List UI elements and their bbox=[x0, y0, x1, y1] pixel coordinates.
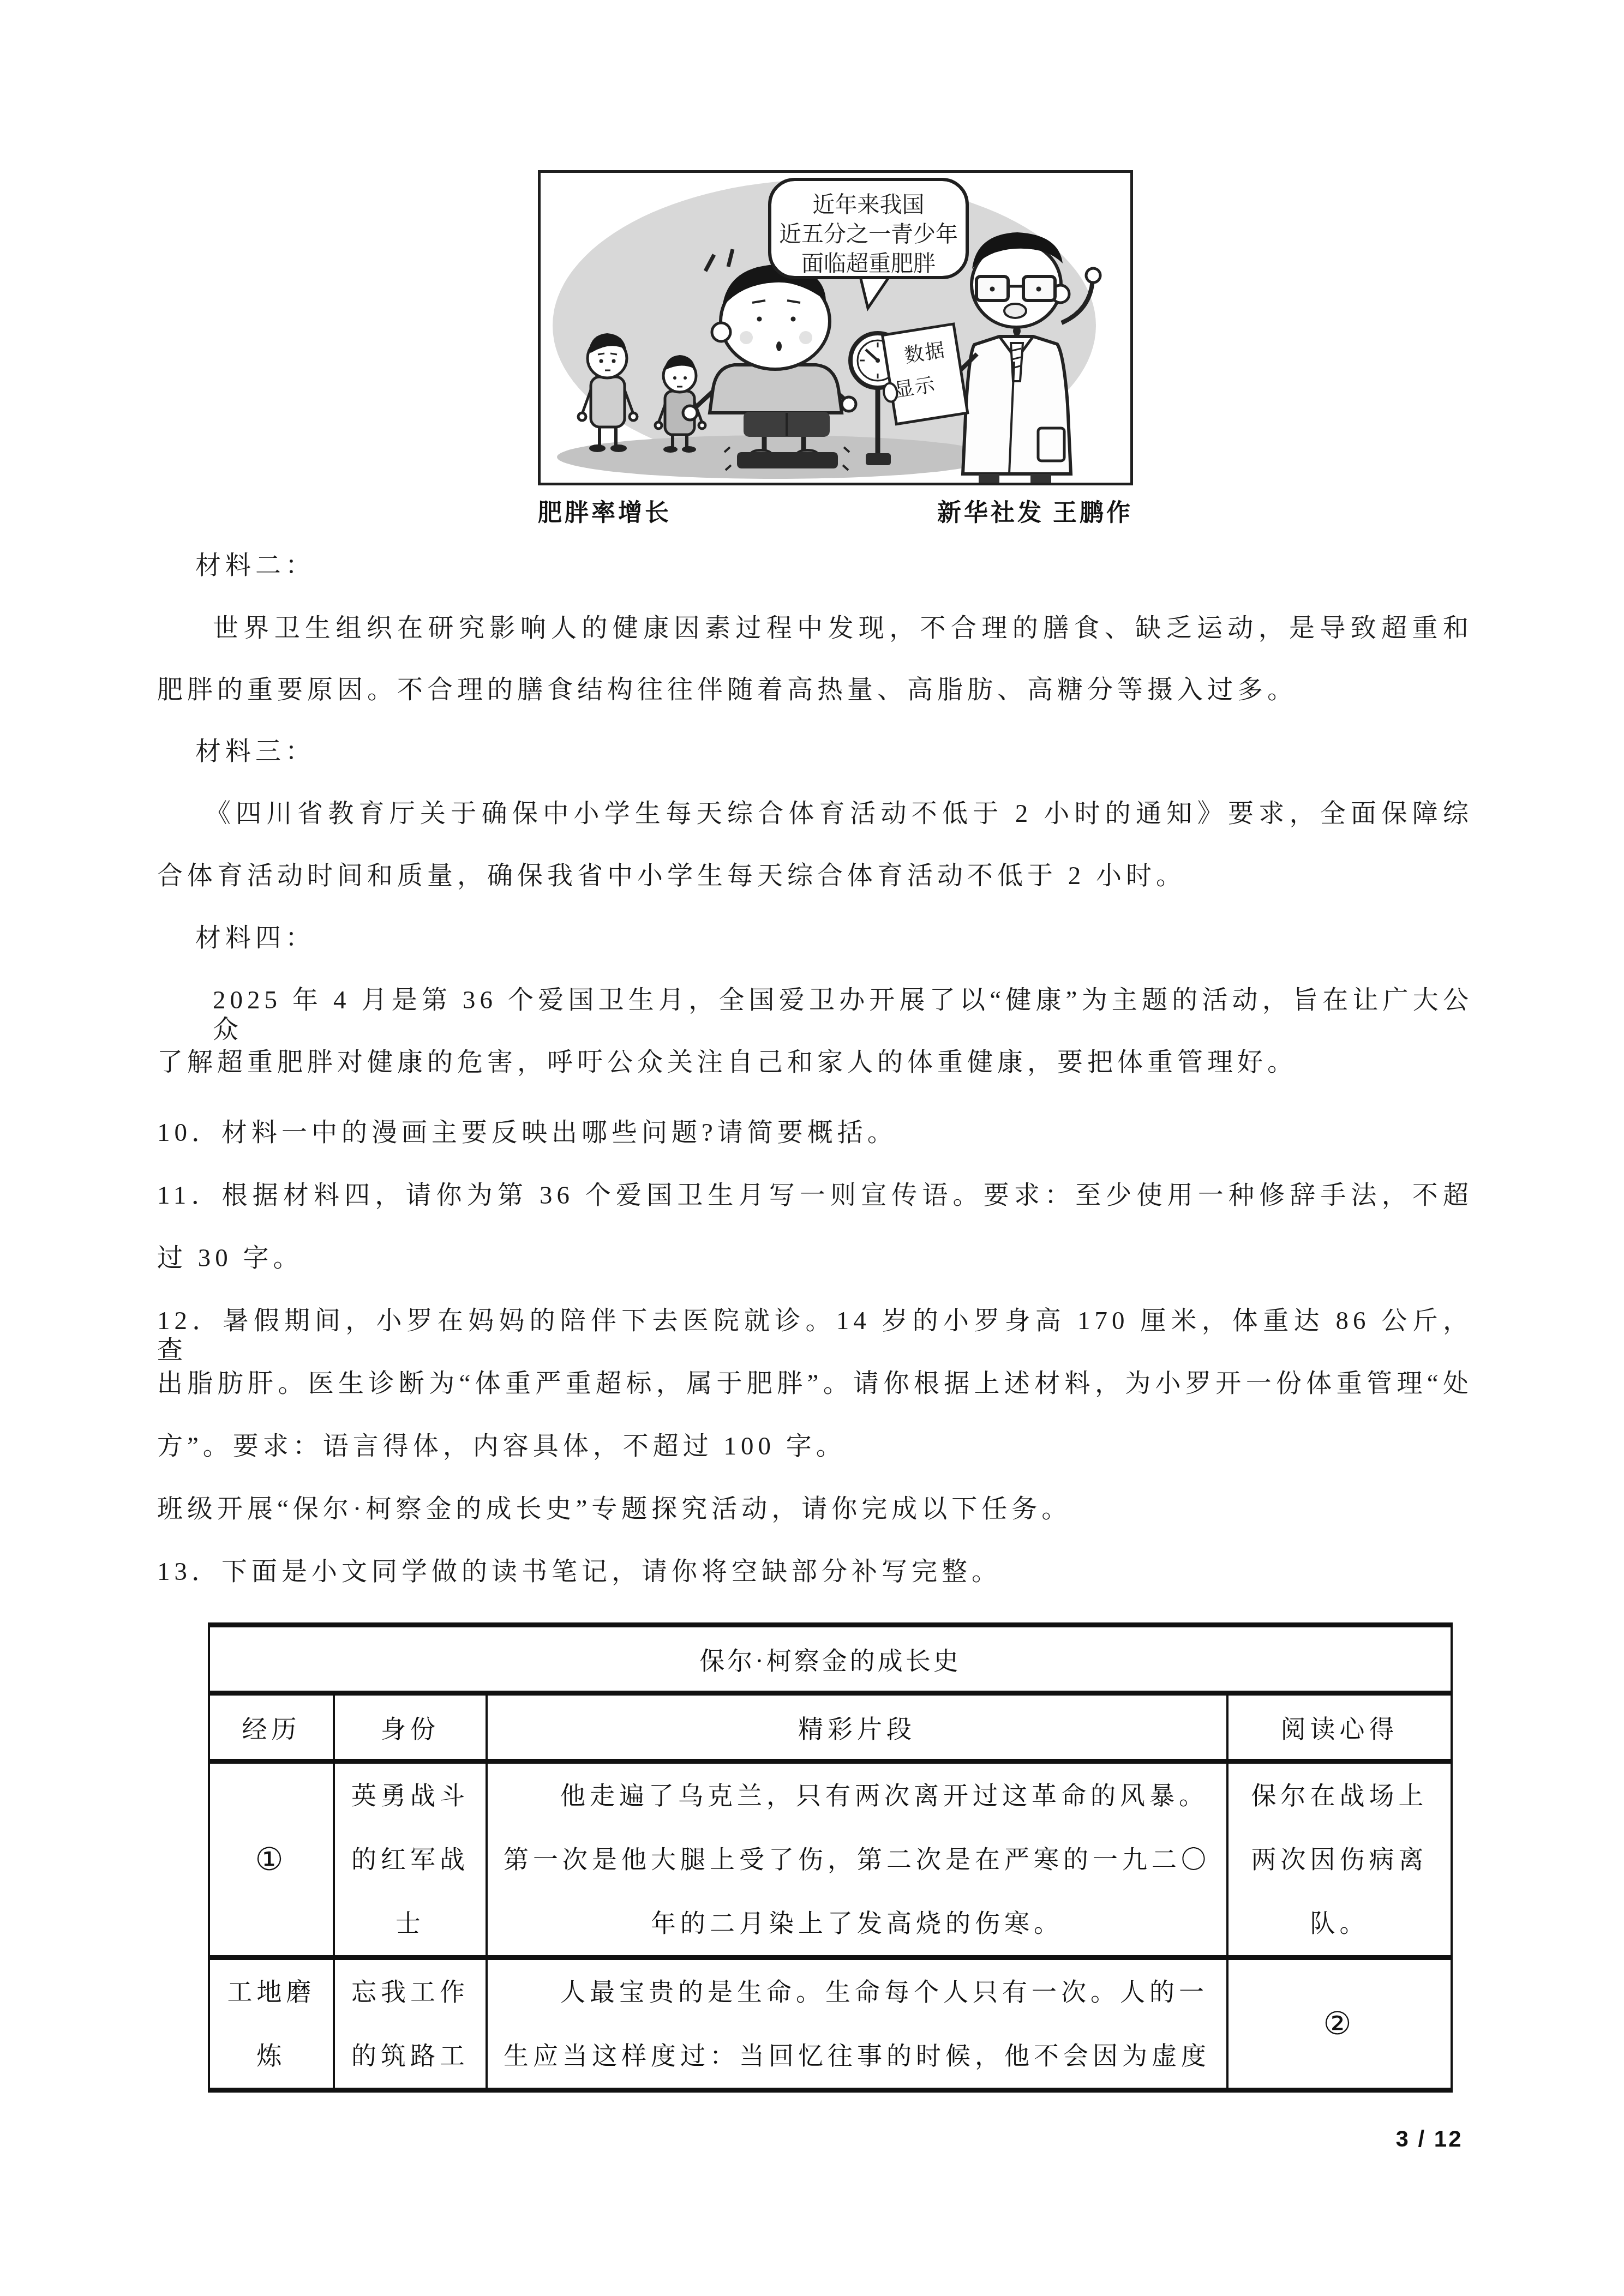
bubble-text-line3: 面临超重肥胖 bbox=[801, 251, 936, 276]
experience-cell: ① bbox=[209, 1762, 334, 1958]
excerpt-line: 年的二月染上了发高烧的伤寒。 bbox=[488, 1891, 1226, 1955]
excerpt-cell: 人最宝贵的是生命。生命每个人只有一次。人的一 生应当这样度过：当回忆往事的时候，… bbox=[487, 1958, 1227, 2090]
question-11-line-2: 过 30 字。 bbox=[157, 1243, 1473, 1273]
cartoon-figure: 数据 显示 近年来我国 近五分之一青少年 面临超重肥胖 bbox=[538, 170, 1133, 485]
question-13-line-1: 13．下面是小文同学做的读书笔记，请你将空缺部分补写完整。 bbox=[157, 1557, 1473, 1586]
bubble-text-line2: 近五分之一青少年 bbox=[779, 221, 958, 247]
insight-line: 保尔在战场上 bbox=[1229, 1764, 1451, 1828]
excerpt-line: 生应当这样度过：当回忆往事的时候，他不会因为虚度 bbox=[488, 2024, 1226, 2088]
identity-line: 的红军战 bbox=[335, 1828, 486, 1891]
question-10-line-1: 10．材料一中的漫画主要反映出哪些问题?请简要概括。 bbox=[157, 1118, 1473, 1147]
page-number: 3 / 12 bbox=[1367, 2126, 1492, 2152]
material-four-line-1: 2025 年 4 月是第 36 个爱国卫生月，全国爱卫办开展了以“健康”为主题的… bbox=[157, 985, 1473, 1044]
experience-line: 工地磨 bbox=[210, 1960, 333, 2024]
bubble-text-line1: 近年来我国 bbox=[813, 192, 925, 217]
experience-line: 炼 bbox=[210, 2024, 333, 2088]
excerpt-line: 他走遍了乌克兰，只有两次离开过这革命的风暴。 bbox=[488, 1764, 1226, 1828]
table-header-excerpt: 精彩片段 bbox=[487, 1693, 1227, 1762]
question-11-line-1: 11．根据材料四，请你为第 36 个爱国卫生月写一则宣传语。要求：至少使用一种修… bbox=[157, 1181, 1473, 1210]
material-three-line-1: 《四川省教育厅关于确保中小学生每天综合体育活动不低于 2 小时的通知》要求，全面… bbox=[157, 799, 1473, 828]
cartoon-svg: 数据 显示 近年来我国 近五分之一青少年 面临超重肥胖 bbox=[541, 173, 1130, 483]
activity-intro-line: 班级开展“保尔·柯察金的成长史”专题探究活动，请你完成以下任务。 bbox=[157, 1494, 1473, 1524]
material-three-line-2: 合体育活动时间和质量，确保我省中小学生每天综合体育活动不低于 2 小时。 bbox=[157, 861, 1473, 891]
table-header-insight: 阅读心得 bbox=[1227, 1693, 1452, 1762]
table-row: 工地磨 炼 忘我工作 的筑路工 人最宝贵的是生命。生命每个人只有一次。人的一 生… bbox=[209, 1958, 1452, 2090]
table-row: ① 英勇战斗 的红军战 士 他走遍了乌克兰，只有两次离开过这革命的风暴。 第一次… bbox=[209, 1762, 1452, 1958]
material-two-label: 材料二： bbox=[157, 551, 1473, 580]
material-four-line-2: 了解超重肥胖对健康的危害，呼吁公众关注自己和家人的体重健康，要把体重管理好。 bbox=[157, 1048, 1473, 1077]
insight-cell: 保尔在战场上 两次因伤病离 队。 bbox=[1227, 1762, 1452, 1958]
material-two-line-2: 肥胖的重要原因。不合理的膳食结构往往伴随着高热量、高脂肪、高糖分等摄入过多。 bbox=[157, 675, 1473, 705]
material-two-line-1: 世界卫生组织在研究影响人的健康因素过程中发现，不合理的膳食、缺乏运动，是导致超重… bbox=[157, 614, 1473, 643]
insight-line: 队。 bbox=[1229, 1891, 1451, 1955]
cartoon-caption-left: 肥胖率增长 bbox=[538, 493, 672, 528]
identity-line: 忘我工作 bbox=[335, 1960, 486, 2024]
cartoon-caption-right: 新华社发 王鹏作 bbox=[807, 493, 1133, 528]
insight-line: 两次因伤病离 bbox=[1229, 1828, 1451, 1891]
question-12-line-2: 出脂肪肝。医生诊断为“体重严重超标，属于肥胖”。请你根据上述材料，为小罗开一份体… bbox=[157, 1369, 1473, 1398]
reading-notes-table: 保尔·柯察金的成长史 经历 身份 精彩片段 阅读心得 ① 英勇战斗 的红军战 士… bbox=[208, 1622, 1453, 2093]
identity-line: 英勇战斗 bbox=[335, 1764, 486, 1828]
material-three-label: 材料三： bbox=[157, 737, 1473, 766]
table-header-experience: 经历 bbox=[209, 1693, 334, 1762]
identity-cell: 忘我工作 的筑路工 bbox=[334, 1958, 487, 2090]
question-12-line-3: 方”。要求：语言得体，内容具体，不超过 100 字。 bbox=[157, 1432, 1473, 1461]
blank-marker-1: ① bbox=[210, 1844, 333, 1876]
experience-cell: 工地磨 炼 bbox=[209, 1958, 334, 2090]
identity-line: 士 bbox=[335, 1891, 486, 1955]
boy-shirt bbox=[710, 365, 842, 413]
scale-platform bbox=[737, 452, 838, 468]
blank-marker-2: ② bbox=[1229, 2008, 1451, 2040]
identity-cell: 英勇战斗 的红军战 士 bbox=[334, 1762, 487, 1958]
table-header-identity: 身份 bbox=[334, 1693, 487, 1762]
material-four-label: 材料四： bbox=[157, 923, 1473, 953]
table-title: 保尔·柯察金的成长史 bbox=[209, 1625, 1452, 1693]
exam-page: 数据 显示 近年来我国 近五分之一青少年 面临超重肥胖 肥胖率增长 新华社发 王… bbox=[0, 0, 1624, 2296]
excerpt-line: 第一次是他大腿上受了伤，第二次是在严寒的一九二〇 bbox=[488, 1828, 1226, 1891]
excerpt-line: 人最宝贵的是生命。生命每个人只有一次。人的一 bbox=[488, 1960, 1226, 2024]
identity-line: 的筑路工 bbox=[335, 2024, 486, 2088]
insight-cell: ② bbox=[1227, 1958, 1452, 2090]
question-12-line-1: 12．暑假期间，小罗在妈妈的陪伴下去医院就诊。14 岁的小罗身高 170 厘米，… bbox=[157, 1306, 1473, 1365]
excerpt-cell: 他走遍了乌克兰，只有两次离开过这革命的风暴。 第一次是他大腿上受了伤，第二次是在… bbox=[487, 1762, 1227, 1958]
